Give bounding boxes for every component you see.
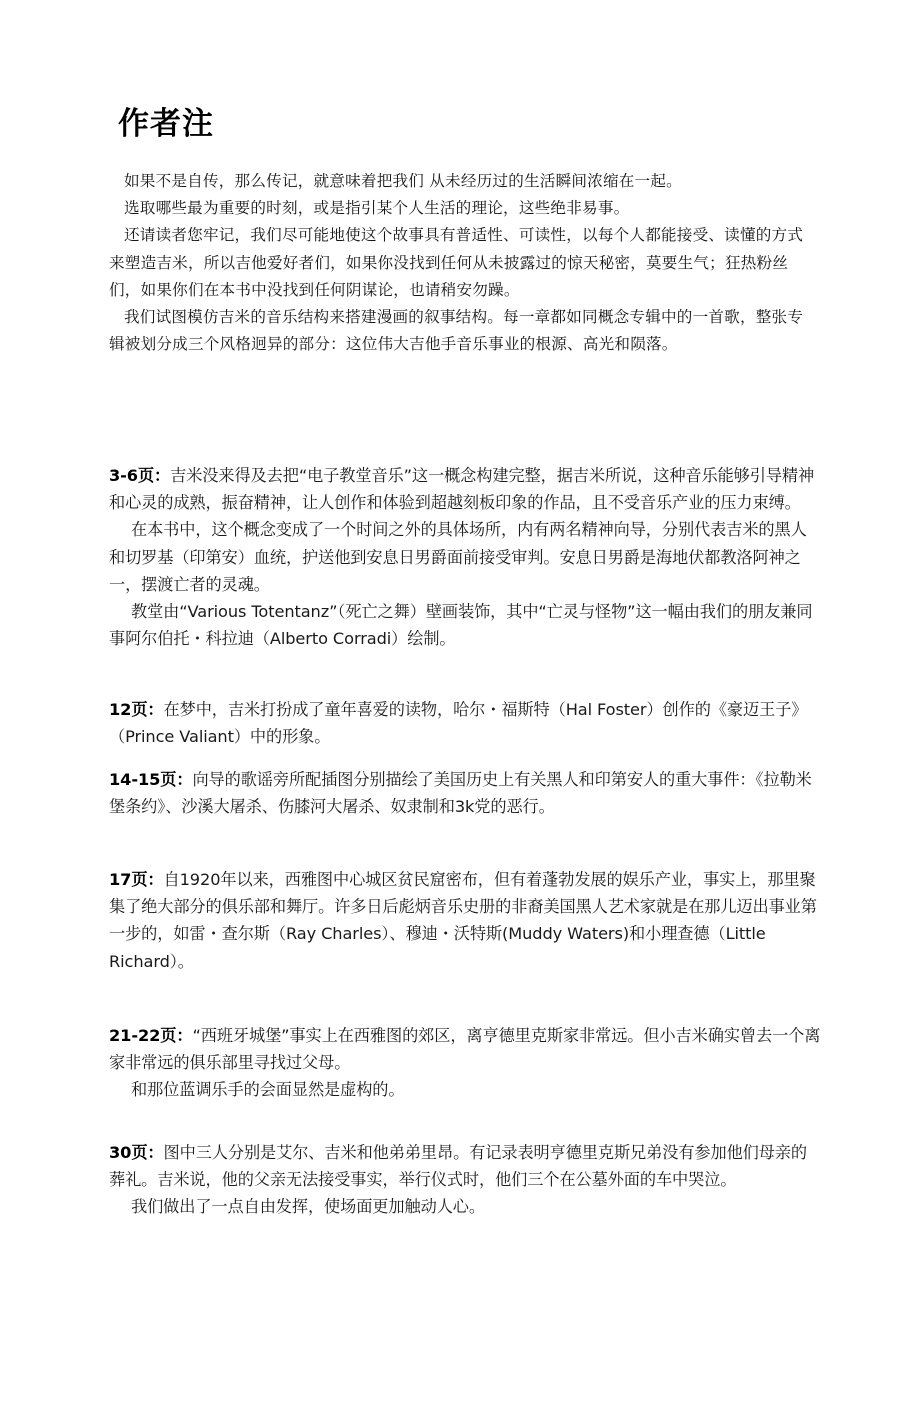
intro-paragraph: 如果不是自传，那么传记，就意味着把我们 从未经历过的生活瞬间浓缩在一起。 xyxy=(109,168,809,195)
note-pages-3-6: 3-6页：吉米没来得及去把“电子教堂音乐”这一概念构建完整，据吉米所说，这种音乐… xyxy=(109,462,821,652)
note-text: 吉米没来得及去把“电子教堂音乐”这一概念构建完整，据吉米所说，这种音乐能够引导精… xyxy=(109,466,814,512)
intro-paragraph: 选取哪些最为重要的时刻，或是指引某个人生活的理论，这些绝非易事。 xyxy=(109,195,809,222)
note-text: 图中三人分别是艾尔、吉米和他弟弟里昂。有记录表明亨德里克斯兄弟没有参加他们母亲的… xyxy=(109,1143,807,1189)
note-page-label: 21-22页： xyxy=(109,1026,192,1045)
note-paragraph: 和那位蓝调乐手的会面显然是虚构的。 xyxy=(109,1076,821,1103)
note-page-label: 3-6页： xyxy=(109,466,170,485)
note-paragraph: 教堂由“Various Totentanz”（死亡之舞）壁画装饰，其中“亡灵与怪… xyxy=(109,598,821,652)
note-paragraph: 14-15页：向导的歌谣旁所配插图分别描绘了美国历史上有关黑人和印第安人的重大事… xyxy=(109,766,821,820)
note-page-12: 12页：在梦中，吉米打扮成了童年喜爱的读物，哈尔・福斯特（Hal Foster）… xyxy=(109,696,821,750)
note-paragraph: 21-22页：“西班牙城堡”事实上在西雅图的郊区，离亨德里克斯家非常远。但小吉米… xyxy=(109,1022,821,1076)
note-paragraph: 30页：图中三人分别是艾尔、吉米和他弟弟里昂。有记录表明亨德里克斯兄弟没有参加他… xyxy=(109,1139,821,1193)
note-paragraph: 3-6页：吉米没来得及去把“电子教堂音乐”这一概念构建完整，据吉米所说，这种音乐… xyxy=(109,462,821,516)
note-page-label: 17页： xyxy=(109,870,164,889)
intro-paragraph: 我们试图模仿吉米的音乐结构来搭建漫画的叙事结构。每一章都如同概念专辑中的一首歌，… xyxy=(109,304,809,358)
note-paragraph: 我们做出了一点自由发挥，使场面更加触动人心。 xyxy=(109,1193,821,1220)
note-text: 自1920年以来，西雅图中心城区贫民窟密布，但有着蓬勃发展的娱乐产业，事实上，那… xyxy=(109,870,817,971)
note-page-label: 12页： xyxy=(109,700,164,719)
note-paragraph: 在本书中，这个概念变成了一个时间之外的具体场所，内有两名精神向导，分别代表吉米的… xyxy=(109,516,821,598)
intro-section: 如果不是自传，那么传记，就意味着把我们 从未经历过的生活瞬间浓缩在一起。 选取哪… xyxy=(109,168,809,358)
note-page-label: 30页： xyxy=(109,1143,164,1162)
note-paragraph: 17页：自1920年以来，西雅图中心城区贫民窟密布，但有着蓬勃发展的娱乐产业，事… xyxy=(109,866,821,975)
page-title: 作者注 xyxy=(118,98,214,143)
note-page-label: 14-15页： xyxy=(109,770,192,789)
note-pages-14-15: 14-15页：向导的歌谣旁所配插图分别描绘了美国历史上有关黑人和印第安人的重大事… xyxy=(109,766,821,820)
note-paragraph: 12页：在梦中，吉米打扮成了童年喜爱的读物，哈尔・福斯特（Hal Foster）… xyxy=(109,696,821,750)
note-pages-21-22: 21-22页：“西班牙城堡”事实上在西雅图的郊区，离亨德里克斯家非常远。但小吉米… xyxy=(109,1022,821,1104)
note-page-17: 17页：自1920年以来，西雅图中心城区贫民窟密布，但有着蓬勃发展的娱乐产业，事… xyxy=(109,866,821,975)
intro-paragraph: 还请读者您牢记，我们尽可能地使这个故事具有普适性、可读性，以每个人都能接受、读懂… xyxy=(109,222,809,304)
note-text: “西班牙城堡”事实上在西雅图的郊区，离亨德里克斯家非常远。但小吉米确实曾去一个离… xyxy=(109,1026,820,1072)
note-text: 在梦中，吉米打扮成了童年喜爱的读物，哈尔・福斯特（Hal Foster）创作的《… xyxy=(109,700,807,746)
note-text: 向导的歌谣旁所配插图分别描绘了美国历史上有关黑人和印第安人的重大事件：《拉勒米堡… xyxy=(109,770,812,816)
note-page-30: 30页：图中三人分别是艾尔、吉米和他弟弟里昂。有记录表明亨德里克斯兄弟没有参加他… xyxy=(109,1139,821,1221)
